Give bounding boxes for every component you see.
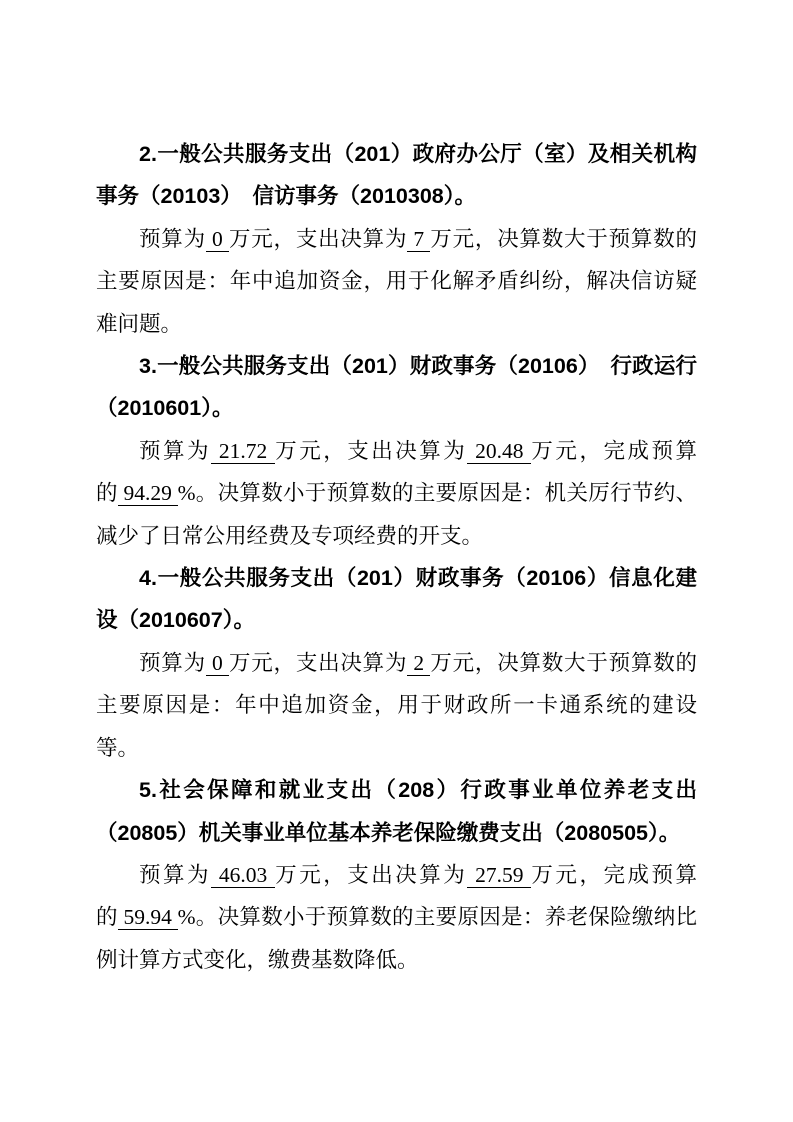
- underlined-budget-value: 21.72: [211, 439, 275, 464]
- section-5: 5.社会保障和就业支出（208）行政事业单位养老支出（20805）机关事业单位基…: [96, 769, 697, 981]
- text-run: 预算为: [139, 439, 211, 463]
- text-run: 预算为: [139, 651, 206, 675]
- text-run: 万元，支出决算为: [229, 651, 407, 675]
- section-2-heading: 2.一般公共服务支出（201）政府办公厅（室）及相关机构事务（20103） 信访…: [96, 133, 697, 218]
- underlined-final-value: 2: [407, 651, 430, 676]
- section-5-paragraph: 预算为 46.03 万元，支出决算为 27.59 万元，完成预算的 59.94 …: [96, 854, 697, 981]
- text-run: %。决算数小于预算数的主要原因是：机关厉行节约、减少了日常公用经费及专项经费的开…: [96, 481, 697, 547]
- section-3-heading: 3.一般公共服务支出（201）财政事务（20106） 行政运行（2010601）…: [96, 345, 697, 430]
- section-4-paragraph: 预算为 0 万元，支出决算为 2 万元，决算数大于预算数的主要原因是：年中追加资…: [96, 642, 697, 769]
- underlined-budget-value: 46.03: [211, 863, 275, 888]
- text-run: 万元，支出决算为: [229, 227, 407, 251]
- text-run: 万元，支出决算为: [275, 439, 467, 463]
- text-run: 预算为: [139, 863, 211, 887]
- underlined-percent-value: 94.29: [118, 481, 178, 506]
- section-3: 3.一般公共服务支出（201）财政事务（20106） 行政运行（2010601）…: [96, 345, 697, 557]
- section-2: 2.一般公共服务支出（201）政府办公厅（室）及相关机构事务（20103） 信访…: [96, 133, 697, 345]
- section-4: 4.一般公共服务支出（201）财政事务（20106）信息化建设（2010607）…: [96, 557, 697, 769]
- document-body: 2.一般公共服务支出（201）政府办公厅（室）及相关机构事务（20103） 信访…: [96, 133, 697, 981]
- text-run: 万元，支出决算为: [275, 863, 467, 887]
- underlined-final-value: 20.48: [467, 439, 531, 464]
- underlined-budget-value: 0: [206, 227, 229, 252]
- document-page: 2.一般公共服务支出（201）政府办公厅（室）及相关机构事务（20103） 信访…: [0, 0, 793, 1122]
- section-3-paragraph: 预算为 21.72 万元，支出决算为 20.48 万元，完成预算的 94.29 …: [96, 430, 697, 557]
- text-run: 预算为: [139, 227, 206, 251]
- underlined-final-value: 7: [407, 227, 430, 252]
- section-2-paragraph: 预算为 0 万元，支出决算为 7 万元，决算数大于预算数的主要原因是：年中追加资…: [96, 218, 697, 345]
- underlined-budget-value: 0: [206, 651, 229, 676]
- section-4-heading: 4.一般公共服务支出（201）财政事务（20106）信息化建设（2010607）…: [96, 557, 697, 642]
- underlined-percent-value: 59.94: [118, 905, 178, 930]
- section-5-heading: 5.社会保障和就业支出（208）行政事业单位养老支出（20805）机关事业单位基…: [96, 769, 697, 854]
- text-run: %。决算数小于预算数的主要原因是：养老保险缴纳比例计算方式变化，缴费基数降低。: [96, 905, 697, 971]
- underlined-final-value: 27.59: [467, 863, 531, 888]
